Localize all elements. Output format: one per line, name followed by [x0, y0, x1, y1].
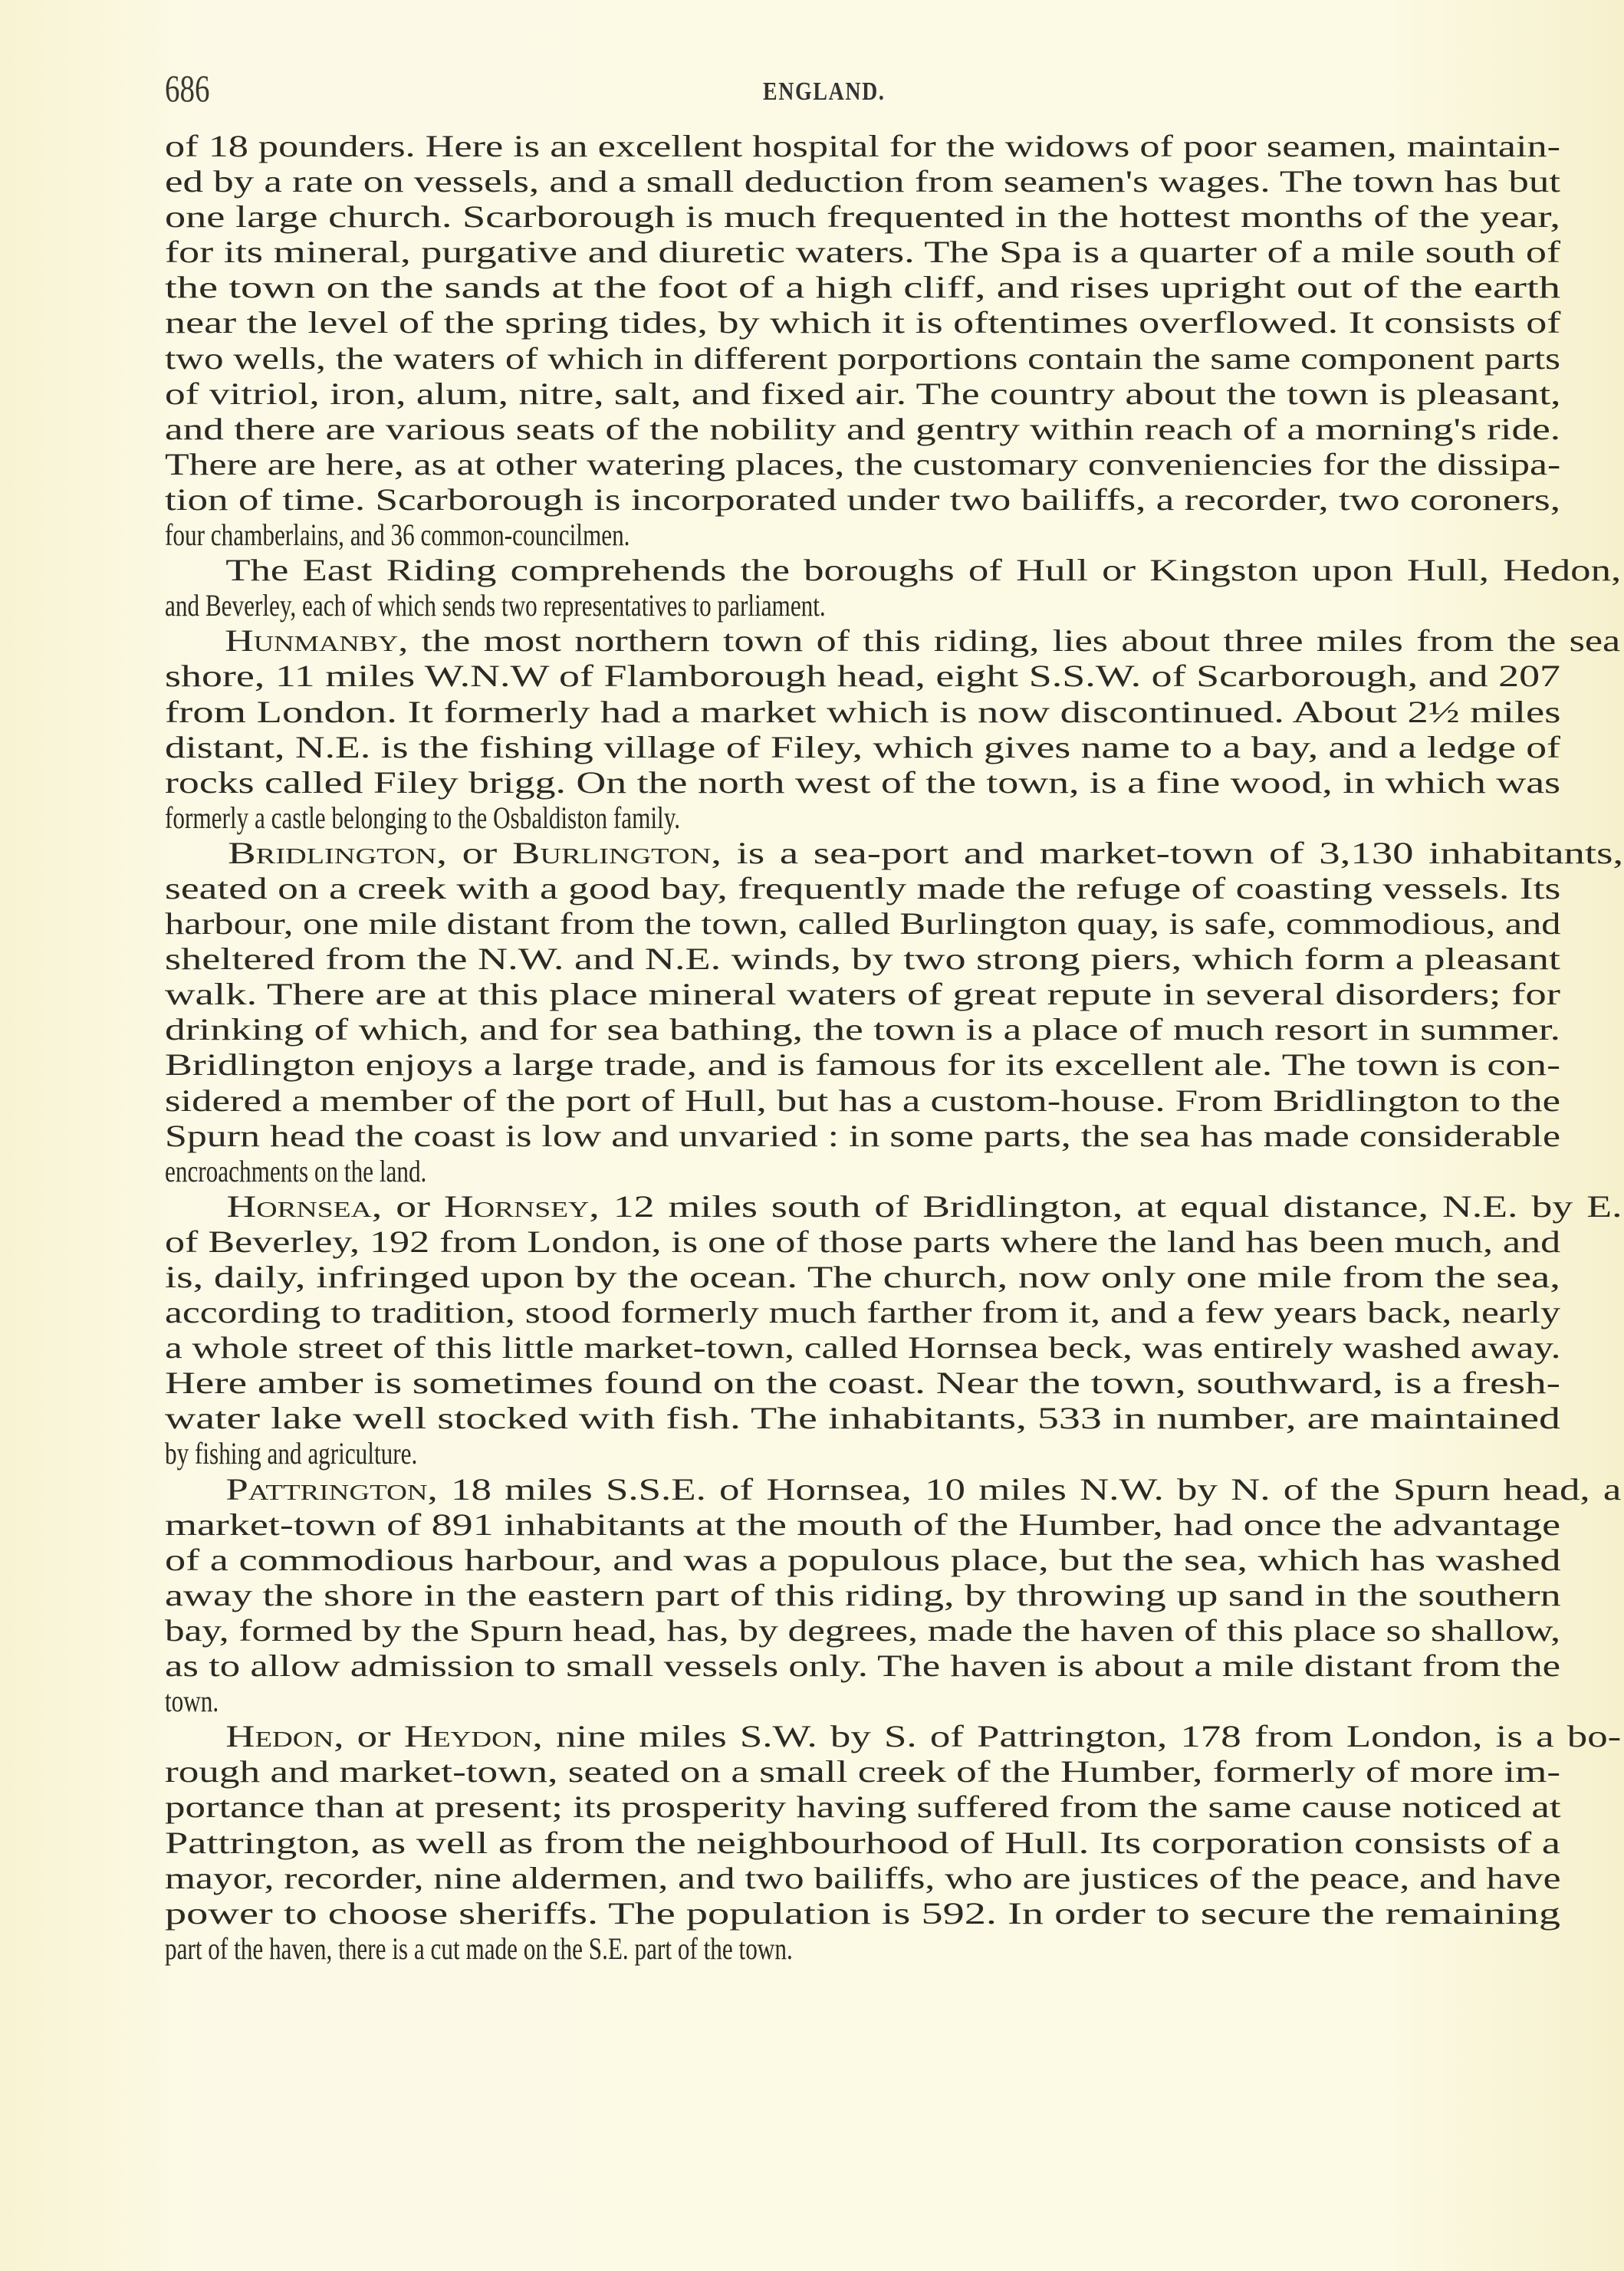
text-line: sidered a member of the port of Hull, bu…: [165, 1083, 1560, 1119]
line-text: , 18 miles S.S.E. of Hornsea, 10 miles N…: [428, 1472, 1622, 1507]
body-text: of 18 pounders. Here is an excellent hos…: [165, 129, 1560, 1967]
line-text: of a commodious harbour, and was a popul…: [165, 1543, 1561, 1577]
line-text: and there are various seats of the nobil…: [165, 412, 1560, 446]
text-line: ed by a rate on vessels, and a small ded…: [165, 164, 1560, 199]
text-line: and Beverley, each of which sends two re…: [165, 588, 1560, 623]
place-name: Hunmanby: [225, 623, 398, 658]
line-text: encroachments on the land.: [165, 1154, 426, 1188]
text-line: away the shore in the eastern part of th…: [165, 1578, 1560, 1613]
line-text: Spurn head the coast is low and unvaried…: [165, 1119, 1560, 1153]
line-text: a whole street of this little market-tow…: [165, 1330, 1560, 1365]
line-text: water lake well stocked with fish. The i…: [165, 1401, 1560, 1435]
place-name-alt: Hornsey: [444, 1189, 589, 1224]
text-line: water lake well stocked with fish. The i…: [165, 1401, 1560, 1436]
text-line: power to choose sheriffs. The population…: [165, 1896, 1560, 1931]
text-line: the town on the sands at the foot of a h…: [165, 270, 1560, 305]
line-text: away the shore in the eastern part of th…: [165, 1578, 1561, 1612]
line-text: , is a sea-port and market-town of 3,130…: [711, 836, 1623, 870]
line-text: shore, 11 miles W.N.W of Flamborough hea…: [165, 659, 1560, 693]
line-text: the town on the sands at the foot of a h…: [165, 270, 1560, 304]
text-line: as to allow admission to small vessels o…: [165, 1648, 1560, 1684]
line-text: according to tradition, stood formerly m…: [165, 1295, 1560, 1329]
line-text: as to allow admission to small vessels o…: [165, 1648, 1560, 1683]
line-text: bay, formed by the Spurn head, has, by d…: [165, 1613, 1560, 1648]
text-line: and there are various seats of the nobil…: [165, 412, 1560, 447]
text-line: is, daily, infringed upon by the ocean. …: [165, 1260, 1560, 1295]
text-line: Pattrington, as well as from the neighbo…: [165, 1826, 1560, 1861]
text-line: rough and market-town, seated on a small…: [165, 1754, 1560, 1790]
line-text: , or: [372, 1189, 444, 1224]
line-text: of Beverley, 192 from London, is one of …: [165, 1224, 1560, 1259]
text-line: tion of time. Scarborough is incorporate…: [165, 482, 1560, 518]
text-line: encroachments on the land.: [165, 1154, 1560, 1189]
text-line: of 18 pounders. Here is an excellent hos…: [165, 129, 1560, 164]
text-line: two wells, the waters of which in differ…: [165, 341, 1560, 376]
text-line: a whole street of this little market-tow…: [165, 1330, 1560, 1366]
text-line: seated on a creek with a good bay, frequ…: [165, 871, 1560, 906]
line-text: two wells, the waters of which in differ…: [165, 341, 1560, 376]
line-text: is, daily, infringed upon by the ocean. …: [165, 1260, 1560, 1294]
line-text: There are here, as at other watering pla…: [165, 447, 1560, 481]
paragraph-start-line: The East Riding comprehends the boroughs…: [165, 553, 1621, 588]
text-line: Here amber is sometimes found on the coa…: [165, 1366, 1560, 1401]
line-text: sheltered from the N.W. and N.E. winds, …: [165, 942, 1560, 976]
page-header: 686 ENGLAND.: [165, 65, 1560, 111]
place-name: Bridlington: [228, 836, 436, 870]
line-text: from London. It formerly had a market wh…: [165, 695, 1560, 729]
line-text: , 12 miles south of Bridlington, at equa…: [589, 1189, 1622, 1224]
line-text: of vitriol, iron, alum, nitre, salt, and…: [165, 376, 1561, 411]
line-text: walk. There are at this place mineral wa…: [165, 977, 1560, 1011]
text-line: of a commodious harbour, and was a popul…: [165, 1543, 1560, 1578]
line-text: formerly a castle belonging to the Osbal…: [165, 800, 680, 835]
text-line: harbour, one mile distant from the town,…: [165, 906, 1560, 942]
text-line: of Beverley, 192 from London, is one of …: [165, 1224, 1560, 1260]
text-line: distant, N.E. is the fishing village of …: [165, 730, 1560, 765]
text-line: by fishing and agriculture.: [165, 1436, 1560, 1471]
line-text: ed by a rate on vessels, and a small ded…: [165, 164, 1560, 199]
place-name-alt: Burlington: [512, 836, 711, 870]
line-text: seated on a creek with a good bay, frequ…: [165, 871, 1560, 905]
text-line: There are here, as at other watering pla…: [165, 447, 1560, 482]
text-line: for its mineral, purgative and diuretic …: [165, 235, 1560, 270]
place-name: Hedon: [225, 1719, 334, 1753]
place-name-alt: Heydon: [404, 1719, 533, 1753]
text-line: market-town of 891 inhabitants at the mo…: [165, 1507, 1560, 1543]
line-text: portance than at present; its prosperity…: [165, 1790, 1561, 1824]
text-line: near the level of the spring tides, by w…: [165, 305, 1560, 340]
line-text: power to choose sheriffs. The population…: [165, 1896, 1560, 1931]
line-text: mayor, recorder, nine aldermen, and two …: [165, 1861, 1560, 1895]
text-line: mayor, recorder, nine aldermen, and two …: [165, 1861, 1560, 1896]
text-line: walk. There are at this place mineral wa…: [165, 977, 1560, 1012]
text-line: bay, formed by the Spurn head, has, by d…: [165, 1613, 1560, 1648]
text-line: rocks called Filey brigg. On the north w…: [165, 765, 1560, 800]
line-text: tion of time. Scarborough is incorporate…: [165, 482, 1560, 517]
paragraph-start-line: Hunmanby, the most northern town of this…: [165, 623, 1620, 659]
text-line: Spurn head the coast is low and unvaried…: [165, 1119, 1560, 1154]
paragraph-start-line: Hedon, or Heydon, nine miles S.W. by S. …: [165, 1719, 1621, 1754]
text-line: four chamberlains, and 36 common-council…: [165, 518, 1560, 553]
line-text: and Beverley, each of which sends two re…: [165, 588, 826, 623]
line-text: harbour, one mile distant from the town,…: [165, 906, 1561, 941]
line-text: , nine miles S.W. by S. of Pattrington, …: [533, 1719, 1622, 1753]
line-text: drinking of which, and for sea bathing, …: [165, 1012, 1560, 1047]
running-head: ENGLAND.: [763, 74, 886, 110]
line-text: rough and market-town, seated on a small…: [165, 1754, 1560, 1789]
line-text: distant, N.E. is the fishing village of …: [165, 730, 1560, 764]
place-name: Pattrington: [225, 1472, 427, 1507]
text-line: formerly a castle belonging to the Osbal…: [165, 800, 1560, 836]
line-text: for its mineral, purgative and diuretic …: [165, 235, 1560, 269]
place-name: Hornsea: [227, 1189, 372, 1224]
line-text: near the level of the spring tides, by w…: [165, 305, 1560, 340]
text-line: Bridlington enjoys a large trade, and is…: [165, 1047, 1560, 1083]
text-line: sheltered from the N.W. and N.E. winds, …: [165, 942, 1560, 977]
text-line: shore, 11 miles W.N.W of Flamborough hea…: [165, 659, 1560, 694]
paragraph-start-line: Pattrington, 18 miles S.S.E. of Hornsea,…: [165, 1472, 1621, 1507]
text-line: drinking of which, and for sea bathing, …: [165, 1012, 1560, 1047]
line-text: sidered a member of the port of Hull, bu…: [165, 1083, 1560, 1118]
paragraph-start-line: Hornsea, or Hornsey, 12 miles south of B…: [165, 1189, 1622, 1224]
line-text: The East Riding comprehends the boroughs…: [225, 553, 1621, 587]
text-line: town.: [165, 1684, 1560, 1719]
line-text: Bridlington enjoys a large trade, and is…: [165, 1047, 1560, 1082]
text-line: of vitriol, iron, alum, nitre, salt, and…: [165, 376, 1560, 412]
text-line: portance than at present; its prosperity…: [165, 1790, 1560, 1825]
line-text: rocks called Filey brigg. On the north w…: [165, 765, 1560, 800]
line-text: part of the haven, there is a cut made o…: [165, 1931, 793, 1966]
line-text: Here amber is sometimes found on the coa…: [165, 1366, 1560, 1400]
line-text: market-town of 891 inhabitants at the mo…: [165, 1507, 1560, 1542]
line-text: Pattrington, as well as from the neighbo…: [165, 1826, 1560, 1860]
line-text: of 18 pounders. Here is an excellent hos…: [165, 129, 1560, 163]
line-text: , or: [334, 1719, 404, 1753]
line-text: , the most northern town of this riding,…: [398, 623, 1620, 658]
line-text: by fishing and agriculture.: [165, 1436, 417, 1471]
paragraph-start-line: Bridlington, or Burlington, is a sea-por…: [165, 836, 1623, 871]
text-line: one large church. Scarborough is much fr…: [165, 199, 1560, 235]
line-text: four chamberlains, and 36 common-council…: [165, 518, 630, 552]
text-line: part of the haven, there is a cut made o…: [165, 1931, 1560, 1967]
line-text: , or: [436, 836, 512, 870]
line-text: one large church. Scarborough is much fr…: [165, 199, 1560, 234]
text-line: according to tradition, stood formerly m…: [165, 1295, 1560, 1330]
line-text: town.: [165, 1684, 219, 1718]
page-number: 686: [165, 65, 210, 111]
text-line: from London. It formerly had a market wh…: [165, 695, 1560, 730]
